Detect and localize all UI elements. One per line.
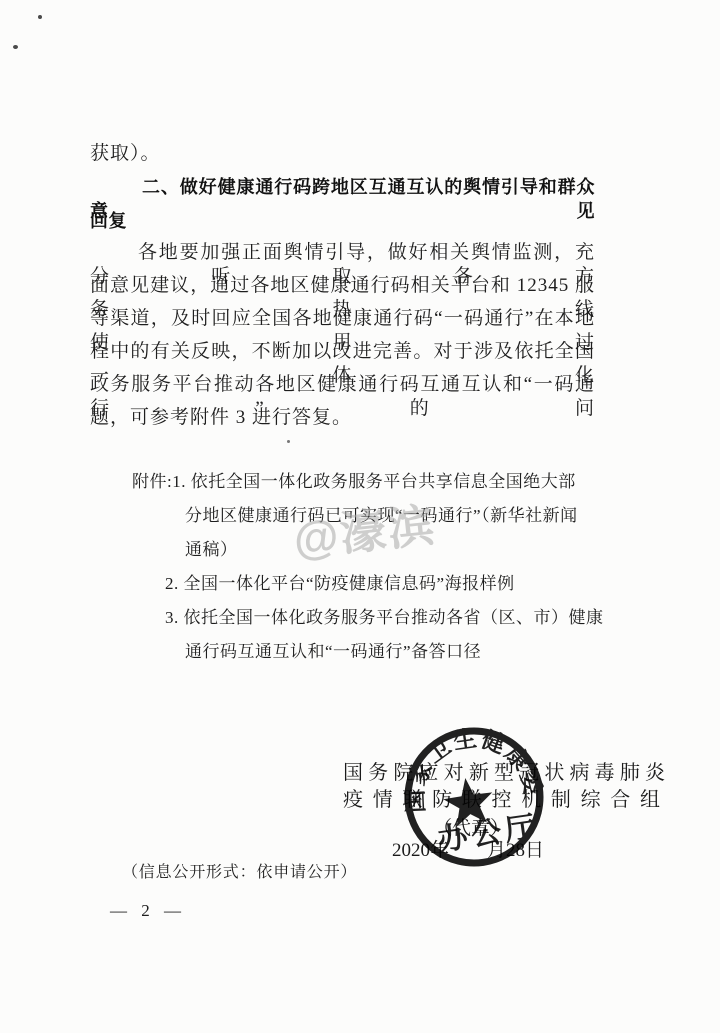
scan-speck — [287, 440, 290, 443]
scanned-document-page: 获取）。 二、做好健康通行码跨地区互通互认的舆情引导和群众意见 回复 各地要加强… — [0, 0, 720, 1033]
site-watermark: @濠滨 — [290, 489, 439, 570]
seal-bottom-text: 办公厅 — [435, 810, 541, 857]
attachment-item-1-line3: 通稿） — [185, 538, 238, 562]
section-heading-line2: 回复 — [90, 209, 595, 233]
attachment-item-1-line1: 附件:1. 依托全国一体化政务服务平台共享信息全国绝大部 — [132, 470, 576, 494]
scan-speck — [13, 45, 18, 49]
page-number: — 2 — — [110, 899, 186, 923]
attachment-item-2: 2. 全国一体化平台“防疫健康信息码”海报样例 — [165, 572, 515, 596]
info-disclosure-note: （信息公开形式：依申请公开） — [122, 861, 357, 885]
paragraph-line: 题，可参考附件 3 进行答复。 — [90, 406, 595, 430]
scan-speck — [38, 15, 42, 19]
body-line-continuation: 获取）。 — [90, 142, 595, 166]
official-seal: 国家卫生健康委 办公厅 — [390, 713, 557, 880]
attachment-item-3-line1: 3. 依托全国一体化政务服务平台推动各省（区、市）健康 — [165, 606, 604, 630]
attachment-item-3-line2: 通行码互通互认和“一码通行”备答口径 — [185, 640, 481, 664]
